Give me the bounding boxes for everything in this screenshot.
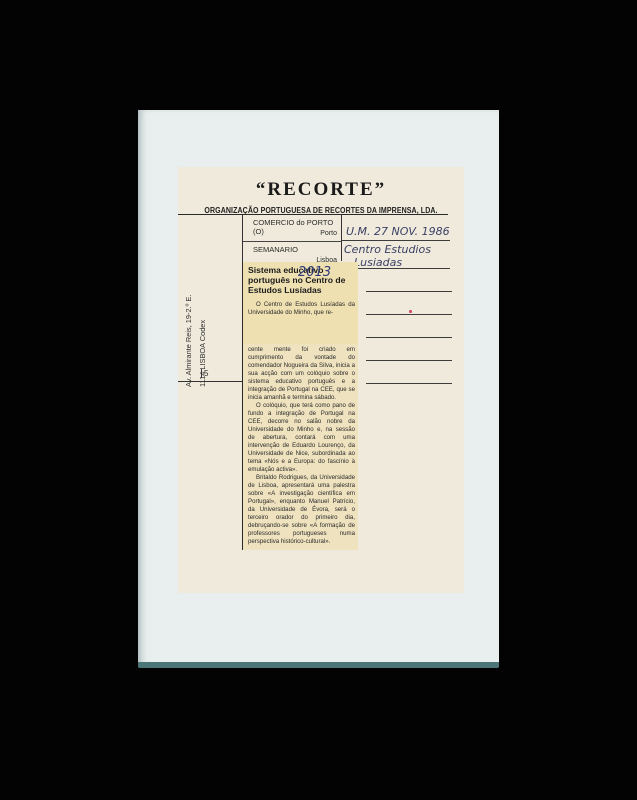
form-line <box>366 360 452 361</box>
page-number: 5 <box>201 369 208 378</box>
article-body: cente mente foi criado em cumprimento da… <box>248 346 355 546</box>
address-line: Av. Almirante Reis, 19-2.º E. <box>182 295 196 387</box>
ink-mark <box>409 310 412 313</box>
article-paragraph: O colóquio, que terá como pano de fundo … <box>248 402 355 474</box>
article-lead: O Centro de Estudos Lusíadas da Universi… <box>248 301 355 317</box>
form-line <box>366 337 452 338</box>
press-clipping-card: “RECORTE” ORGANIZAÇÃO PORTUGUESA DE RECO… <box>178 167 464 593</box>
form-line <box>342 268 450 269</box>
form-line <box>366 314 452 315</box>
sheet-edge <box>138 662 499 668</box>
article-paragraph: cente mente foi criado em cumprimento da… <box>248 346 355 402</box>
form-line <box>366 291 452 292</box>
form-line <box>342 240 450 241</box>
article-paragraph: Britaldo Rodrigues, da Universidade de L… <box>248 474 355 546</box>
handwritten-source-date: U.M. 27 NOV. 1986 <box>346 225 450 238</box>
left-rule <box>178 381 242 382</box>
handwritten-subject-line1: Centro Estudios <box>344 243 431 256</box>
handwritten-reference-number: 2013 <box>298 265 331 280</box>
publication-separator <box>341 215 342 261</box>
publication-city: Porto <box>320 230 337 237</box>
agency-title: “RECORTE” <box>178 179 464 201</box>
newspaper-article: Sistema educativo português no Centro de… <box>242 262 358 550</box>
publication-name: SEMANARIO <box>253 245 298 254</box>
form-line <box>366 383 452 384</box>
publication-row: COMERCIO do PORTO (O) Porto <box>243 215 341 242</box>
